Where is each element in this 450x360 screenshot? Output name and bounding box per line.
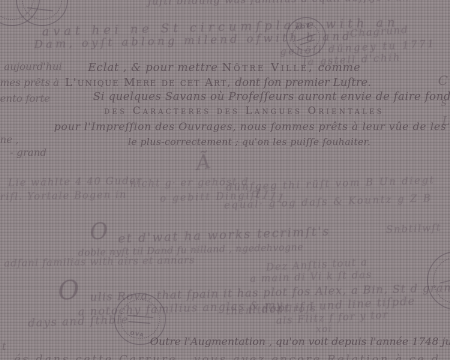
printed-bottom-cut-line: és dans cette Carrure , vous avez encore… <box>14 353 440 360</box>
margin-fragment: mes prêts à <box>0 78 59 89</box>
margin-fragment: - grand <box>10 148 47 159</box>
printed-line-1-caps: Nôtre Ville, <box>222 61 314 74</box>
margin-fragment: ento forte <box>0 94 50 105</box>
printed-bottom-line: Outre l'Augmentation , qu'on voit depuis… <box>150 336 450 348</box>
script-line: xoi <box>316 325 333 336</box>
margin-fragment: aujourd'hui <box>4 62 62 73</box>
printed-line-4: des Caracteres des Langues Orientales <box>104 106 384 117</box>
printed-line-3: Si quelques Savans où Profeſſeurs auront… <box>93 90 450 103</box>
script-line: rifl. Yortale Bogen in <box>0 190 127 203</box>
printed-line-2-italic: dont ſon premier Luſtre. <box>232 76 372 89</box>
vintage-linen-wallpaper: juſti blidung was familius d'equil doffi… <box>0 0 450 360</box>
margin-fragment-right: s <box>441 96 447 109</box>
script-flourish: O <box>89 219 109 245</box>
script-line: Snbtilwſt <box>386 223 442 236</box>
printed-line-1: Eclat , & pour mettre Nôtre Ville, comme <box>88 61 361 74</box>
printed-line-2: L'unique Mere de cet Art, dont ſon premi… <box>65 76 371 89</box>
margin-fragment: ne , <box>0 135 19 146</box>
script-line: adfani familias with airs et annars <box>4 255 195 269</box>
postmark-stamp-right-edge <box>423 247 450 314</box>
printed-line-2-caps: L'unique Mere de cet Art, <box>65 76 232 89</box>
margin-fragment-right: C <box>438 74 448 89</box>
printed-line-1-italic: Eclat , & pour mettre <box>88 61 222 74</box>
printed-line-6: le plus-correctement ; qu'on les puiſſe … <box>128 137 371 148</box>
script-line: Lie wählte 4 40 Guder <box>8 176 142 189</box>
printed-line-1-tail: comme <box>314 61 361 74</box>
script-flourish: O <box>57 275 80 306</box>
script-line: juſti blidung was familius d'equil doffi… <box>148 0 450 8</box>
printed-line-5: pour l'Impreſſion des Ouvrages, nous ſom… <box>54 121 450 133</box>
margin-fragment-right: L <box>442 114 450 128</box>
postmark-inner-ring <box>18 0 65 24</box>
script-flourish: Ã <box>194 149 212 175</box>
margin-fragment: t <box>2 342 6 353</box>
